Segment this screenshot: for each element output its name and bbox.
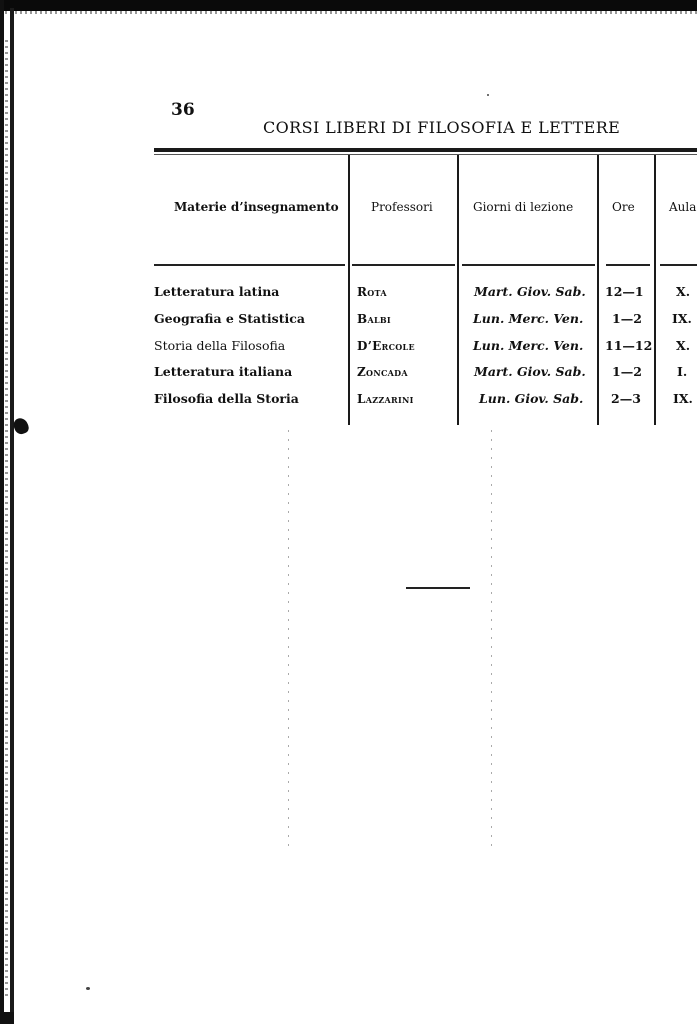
professor-cell: Balbi xyxy=(357,312,391,326)
subject-cell: Storia della Filosofia xyxy=(154,338,285,353)
header-underline xyxy=(154,264,345,266)
scan-top-edge-noise xyxy=(0,11,697,14)
professor-cell: Zoncada xyxy=(357,365,408,379)
room-cell: IX. xyxy=(673,391,693,406)
hours-cell: 11—12 xyxy=(605,338,652,353)
column-header-subject: Materie d’insegnamento xyxy=(174,200,339,214)
ink-speck xyxy=(487,94,489,96)
ink-blot xyxy=(12,416,31,436)
hours-cell: 1—2 xyxy=(612,311,642,326)
column-divider xyxy=(597,155,599,425)
header-underline xyxy=(352,264,455,266)
professor-cell: Rota xyxy=(357,285,387,299)
professor-cell: D’Ercole xyxy=(357,339,415,353)
ink-speck xyxy=(86,987,90,990)
table-top-rule xyxy=(154,148,697,152)
subject-cell: Letteratura latina xyxy=(154,284,279,299)
table-top-rule-thin xyxy=(154,154,697,155)
hours-cell: 12—1 xyxy=(605,284,644,299)
page-number: 36 xyxy=(171,100,195,120)
days-cell: Mart. Giov. Sab. xyxy=(474,284,586,299)
header-underline xyxy=(660,264,697,266)
header-underline xyxy=(606,264,650,266)
column-divider xyxy=(654,155,656,425)
hours-cell: 2—3 xyxy=(611,391,641,406)
column-header-room: Aula xyxy=(669,200,696,214)
book-binding-outer-edge xyxy=(0,0,4,1024)
days-cell: Lun. Giov. Sab. xyxy=(479,391,583,406)
subject-cell: Filosofia della Storia xyxy=(154,391,299,406)
scan-top-edge xyxy=(0,0,697,11)
book-binding-corner xyxy=(0,1012,14,1024)
hours-cell: 1—2 xyxy=(612,364,642,379)
book-binding-gap xyxy=(5,40,8,1000)
days-cell: Lun. Merc. Ven. xyxy=(473,338,583,353)
column-divider xyxy=(348,155,350,425)
column-header-professors: Professori xyxy=(371,200,433,214)
section-end-rule xyxy=(406,587,470,589)
page-title: CORSI LIBERI DI FILOSOFIA E LETTERE xyxy=(263,118,620,137)
room-cell: I. xyxy=(677,364,687,379)
header-underline xyxy=(462,264,595,266)
column-header-hours: Ore xyxy=(612,200,635,214)
room-cell: X. xyxy=(676,284,690,299)
bleed-through-trace xyxy=(288,430,289,850)
professor-cell: Lazzarini xyxy=(357,392,414,406)
room-cell: X. xyxy=(676,338,690,353)
book-binding-inner-edge xyxy=(10,8,14,1024)
subject-cell: Letteratura italiana xyxy=(154,364,292,379)
column-header-days: Giorni di lezione xyxy=(473,200,573,214)
days-cell: Lun. Merc. Ven. xyxy=(473,311,583,326)
days-cell: Mart. Giov. Sab. xyxy=(474,364,586,379)
column-divider xyxy=(457,155,459,425)
bleed-through-trace xyxy=(491,430,492,850)
room-cell: IX. xyxy=(672,311,692,326)
subject-cell: Geografia e Statistica xyxy=(154,311,305,326)
